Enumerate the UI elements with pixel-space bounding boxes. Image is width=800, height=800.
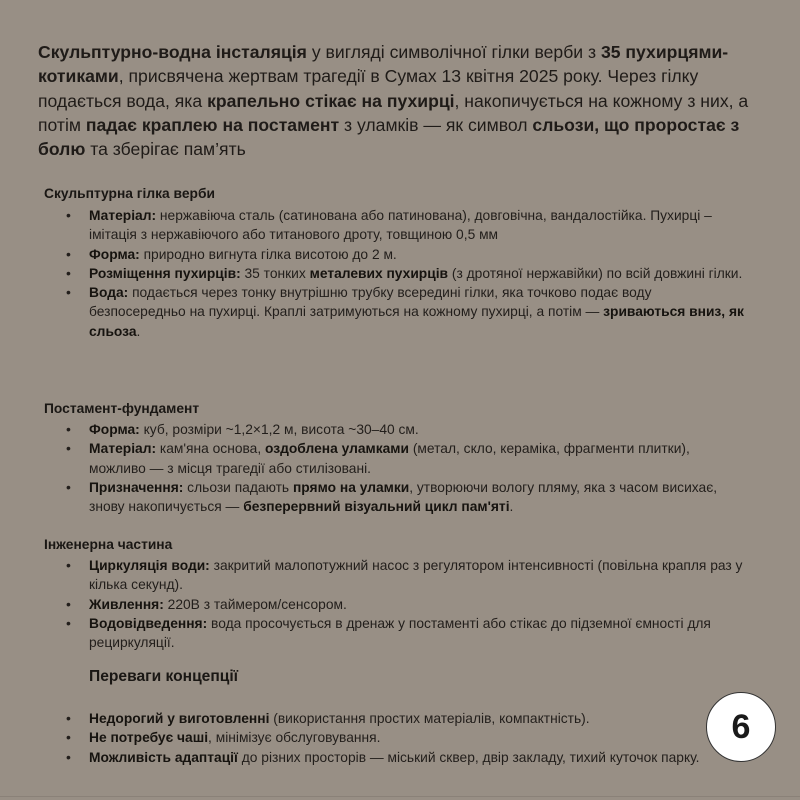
list-branch: Матеріал: нержавіюча сталь (сатинована а… [66,206,746,341]
bold-text: Форма: [89,422,140,437]
list-item: Не потребує чаші, мінімізує обслуговуван… [66,728,746,747]
text: , мінімізує обслуговування. [208,730,380,745]
text: (з дротяної нержавійки) по всій довжині … [448,266,742,281]
section-title-engineering: Інженерна частина [44,537,172,552]
section-title-pedestal: Постамент-фундамент [44,401,199,416]
bold-text: Вода: [89,285,128,300]
intro-paragraph: Скульптурно-водна інсталяція у вигляді с… [38,40,768,161]
document-page: Скульптурно-водна інсталяція у вигляді с… [0,0,800,800]
list-item: Форма: природно вигнута гілка висотою до… [66,245,746,264]
text: кам'яна основа, [156,441,265,456]
bold-text: металевих пухирців [310,266,448,281]
text: з уламків — як символ [339,115,532,135]
text: куб, розміри ~1,2×1,2 м, висота ~30–40 с… [140,422,419,437]
list-engineering: Циркуляція води: закритий малопотужний н… [66,556,746,652]
text: подається через тонку внутрішню трубку в… [89,285,651,319]
bold-text: Розміщення пухирців: [89,266,241,281]
page-number-badge: 6 [706,692,776,762]
text: до різних просторів — міський сквер, дві… [238,750,700,765]
list-item: Матеріал: кам'яна основа, оздоблена улам… [66,439,746,478]
bold-text: Водовідведення: [89,616,207,631]
bold-text: Недорогий у виготовленні [89,711,269,726]
list-item: Циркуляція води: закритий малопотужний н… [66,556,746,595]
bold-text: оздоблена уламками [265,441,409,456]
list-item: Недорогий у виготовленні (використання п… [66,709,746,728]
list-item: Живлення: 220В з таймером/сенсором. [66,595,746,614]
bold-text: безперервний візуальний цикл пам'яті [243,499,509,514]
bold-text: Скульптурно-водна інсталяція [38,42,307,62]
bold-text: Живлення: [89,597,164,612]
text: . [510,499,514,514]
text: природно вигнута гілка висотою до 2 м. [140,247,397,262]
list-item: Форма: куб, розміри ~1,2×1,2 м, висота ~… [66,420,746,439]
text: 220В з таймером/сенсором. [164,597,347,612]
list-item: Призначення: сльози падають прямо на ула… [66,478,746,517]
list-item: Водовідведення: вода просочується в дрен… [66,614,746,653]
list-item: Вода: подається через тонку внутрішню тр… [66,283,746,341]
bold-text: Матеріал: [89,208,156,223]
text: та зберігає пам’ять [85,139,245,159]
advantages-title: Переваги концепції [89,668,238,686]
bold-text: крапельно стікає на пухирці [207,91,454,111]
bold-text: падає краплею на постамент [86,115,339,135]
bold-text: Форма: [89,247,140,262]
bold-text: Можливість адаптації [89,750,238,765]
bottom-divider [0,796,800,797]
bold-text: Циркуляція води: [89,558,210,573]
list-pedestal: Форма: куб, розміри ~1,2×1,2 м, висота ~… [66,420,746,516]
section-title-branch: Скульптурна гілка верби [44,186,215,201]
bold-text: Призначення: [89,480,183,495]
text: . [137,324,141,339]
bold-text: Не потребує чаші [89,730,208,745]
list-item: Розміщення пухирців: 35 тонких металевих… [66,264,746,283]
list-item: Матеріал: нержавіюча сталь (сатинована а… [66,206,746,245]
text: (використання простих матеріалів, компак… [269,711,589,726]
list-advantages: Недорогий у виготовленні (використання п… [66,709,746,767]
text: у вигляді символічної гілки верби з [307,42,601,62]
text: сльози падають [183,480,293,495]
bold-text: прямо на уламки [293,480,409,495]
bold-text: Матеріал: [89,441,156,456]
text: нержавіюча сталь (сатинована або патинов… [89,208,712,242]
list-item: Можливість адаптації до різних просторів… [66,748,746,767]
text: 35 тонких [241,266,310,281]
